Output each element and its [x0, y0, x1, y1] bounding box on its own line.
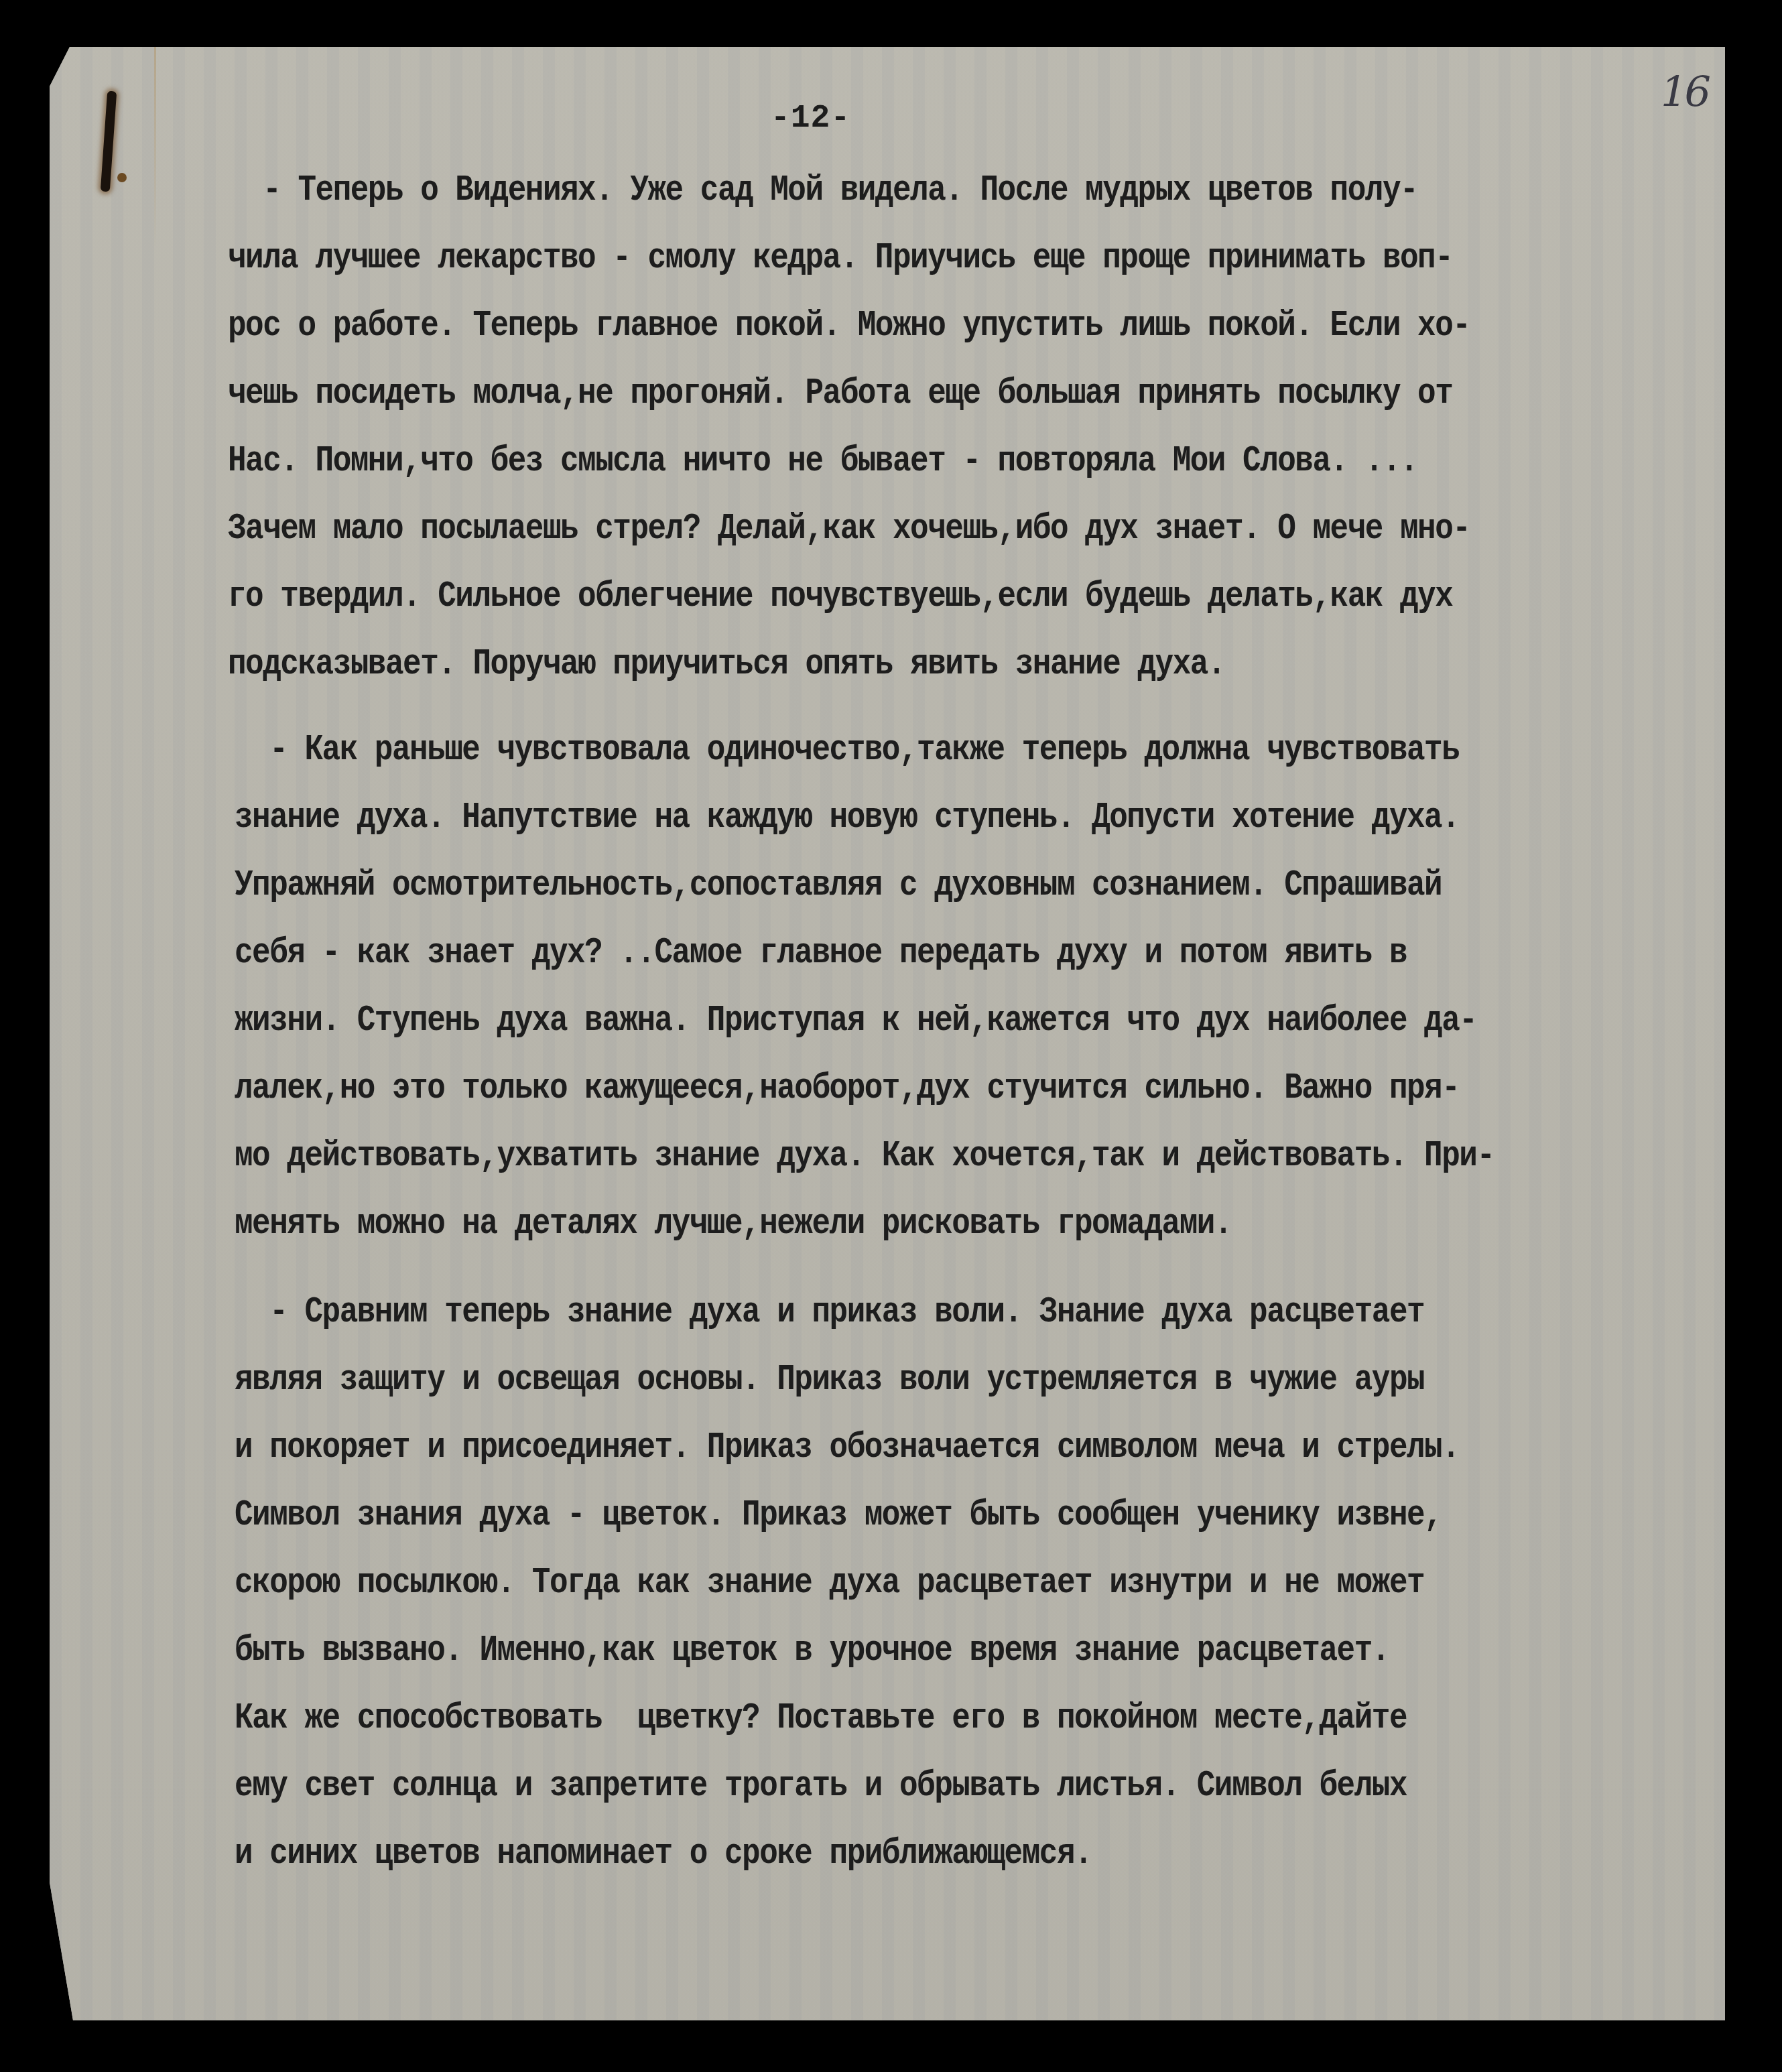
- text-line: и синих цветов напоминает о сроке прибли…: [235, 1836, 1669, 1914]
- paragraph-visions: - Теперь о Видениях. Уже сад Мой видела.…: [228, 173, 1662, 714]
- text-line: менять можно на деталях лучше,нежели рис…: [235, 1206, 1669, 1284]
- paragraph-spirit-and-will: - Сравним теперь знание духа и приказ во…: [235, 1295, 1669, 1904]
- archive-folio-number: 16: [1661, 67, 1708, 116]
- page-number: -12-: [771, 101, 850, 137]
- paper-stain: [154, 47, 156, 248]
- ink-blot: [117, 173, 127, 182]
- paragraph-knowledge-of-spirit: - Как раньше чувствовала одиночество,так…: [235, 732, 1669, 1274]
- text-line: подсказывает. Поручаю приучиться опять я…: [228, 647, 1662, 724]
